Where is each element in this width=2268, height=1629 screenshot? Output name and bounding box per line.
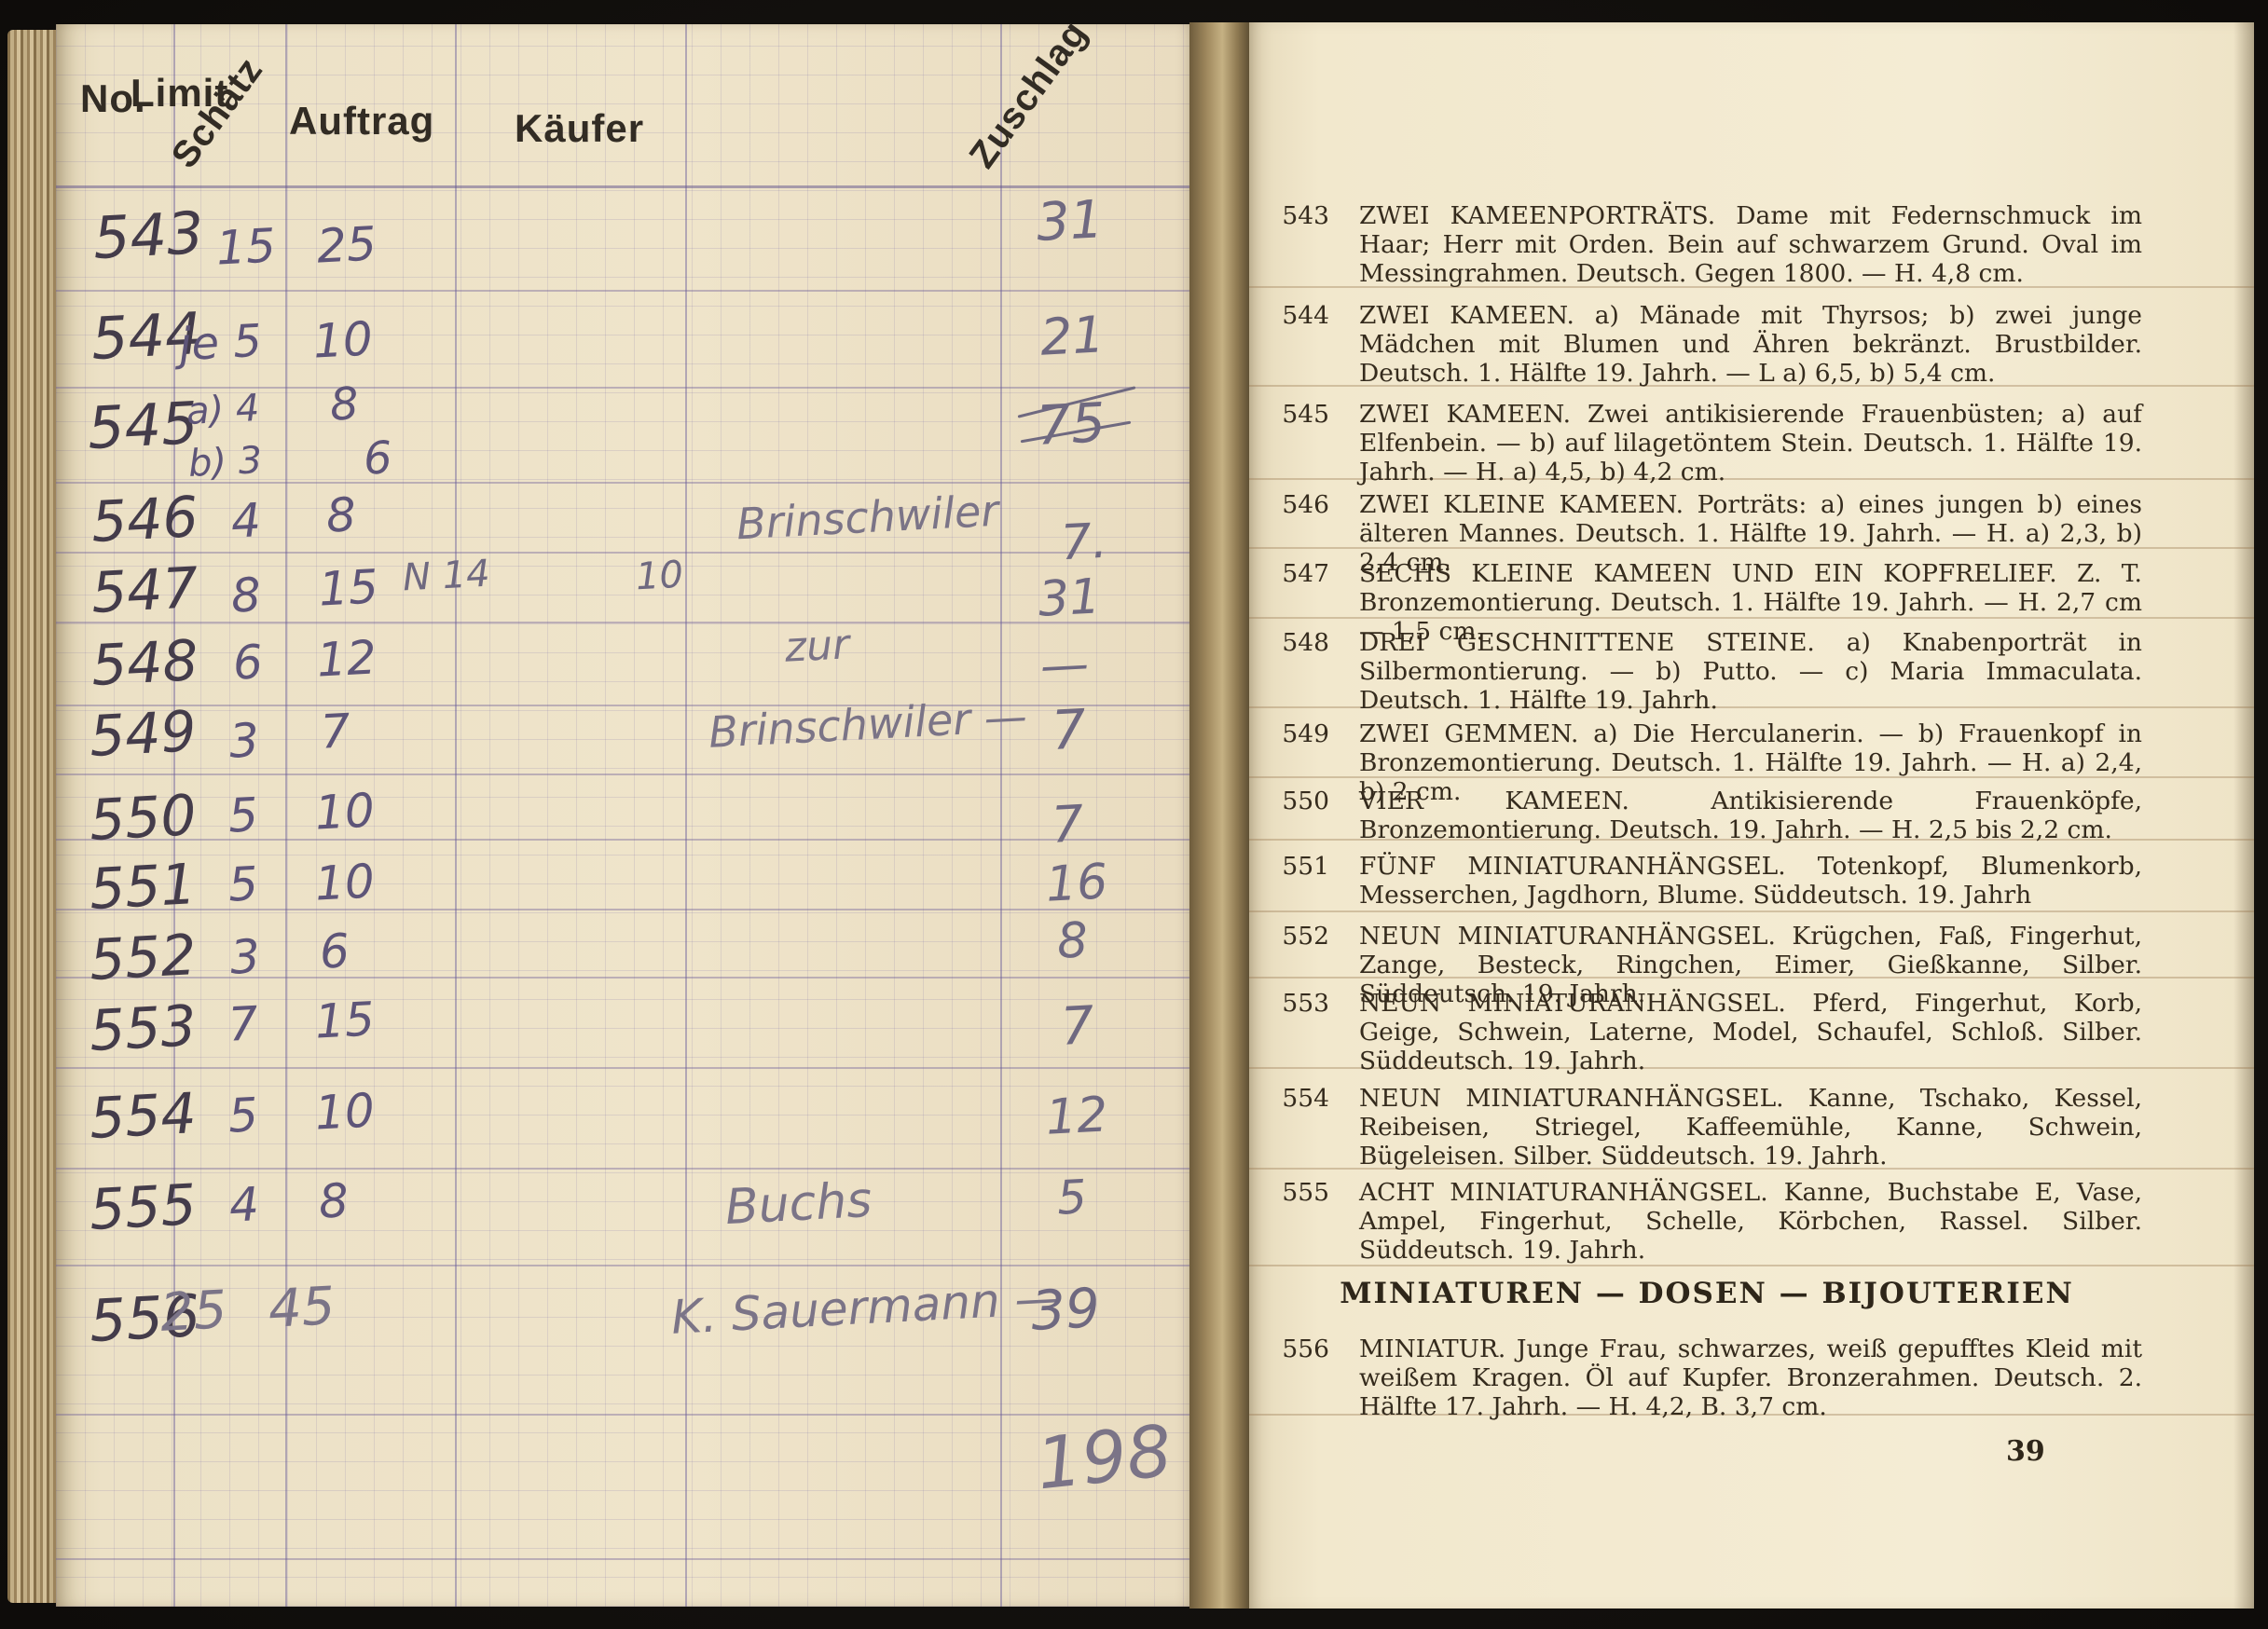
entry-number: 545 (1271, 400, 1329, 429)
cell-no: 543 (91, 204, 204, 267)
catalog-entry: 543 ZWEI KAMEENPORTRÄTS. Dame mit Federn… (1271, 201, 2142, 288)
cell-no: 545 (86, 394, 199, 458)
cell-zuschlag: 31 (1036, 194, 1105, 250)
page-edge-shadow (2234, 22, 2254, 1608)
cell-limit: 15 (215, 222, 277, 271)
cell-schaetz: 8 (325, 491, 357, 540)
cell-kaeufer: Brinschwiler — (708, 694, 1028, 754)
entry-text: ACHT MINIATURANHÄNGSEL. Kanne, Buchstabe… (1359, 1178, 2142, 1265)
book-scan: No. Limit Schätz Auftrag Käufer Zuschlag… (0, 0, 2268, 1629)
entry-text: NEUN MINIATURANHÄNGSEL. Pferd, Fingerhut… (1359, 989, 2142, 1075)
cell-limit: 7 (227, 1000, 259, 1048)
catalog-entry: 556 MINIATUR. Junge Frau, schwarzes, wei… (1271, 1335, 2142, 1421)
cell-zuschlag: 5 (1056, 1173, 1088, 1222)
cell-no: 553 (89, 998, 199, 1060)
cell-schaetz: 10 (314, 787, 376, 836)
cell-zuschlag: 31 (1038, 572, 1102, 623)
cell-zuschlag: 21 (1039, 309, 1106, 363)
cell-no: 554 (89, 1086, 199, 1147)
cell-kaeufer: Buchs (724, 1176, 873, 1232)
cell-zuschlag: 7. (1060, 517, 1108, 568)
cell-limit: 5 (227, 1091, 259, 1140)
cell-zuschlag: — (1039, 640, 1091, 691)
cell-limit-b: b) 3 (187, 442, 263, 483)
row-rule (56, 1558, 1189, 1560)
entry-text: ZWEI KAMEENPORTRÄTS. Dame mit Federnschm… (1359, 201, 2142, 288)
entry-text: ZWEI KAMEEN. Zwei antikisierende Frauenb… (1359, 400, 2142, 486)
row-rule (56, 1414, 1189, 1416)
row-rule (56, 1067, 1189, 1069)
book-gutter (1189, 22, 1249, 1608)
cell-zuschlag: 7 (1060, 1000, 1096, 1054)
cell-kaeufer: zur (784, 624, 850, 669)
cell-no: 546 (90, 489, 200, 551)
cell-limit: 4 (230, 497, 262, 545)
row-rule (56, 185, 1189, 188)
catalog-entry: 555 ACHT MINIATURANHÄNGSEL. Kanne, Buchs… (1271, 1178, 2142, 1265)
entry-number: 543 (1271, 201, 1329, 230)
cell-no: 555 (89, 1177, 199, 1239)
header-auftrag: Auftrag (289, 99, 434, 144)
header-zuschlag: Zuschlag (962, 13, 1096, 176)
cell-zuschlag: 7 (1051, 702, 1088, 758)
entry-rule (1249, 1265, 2254, 1266)
cell-schaetz: 7 (320, 707, 351, 756)
entry-number: 551 (1271, 852, 1329, 881)
cell-limit: 3 (229, 933, 261, 981)
cell-schaetz: 12 (316, 634, 378, 683)
column-line (685, 24, 687, 1607)
entry-number: 553 (1271, 989, 1329, 1018)
row-rule (56, 977, 1189, 979)
cell-limit: 5 (227, 791, 259, 840)
entry-text: NEUN MINIATURANHÄNGSEL. Kanne, Tschako, … (1359, 1084, 2142, 1170)
cell-zuschlag: 8 (1056, 916, 1090, 966)
cell-schaetz: 10 (312, 315, 374, 364)
catalog-entry: 554 NEUN MINIATURANHÄNGSEL. Kanne, Tscha… (1271, 1084, 2142, 1170)
cell-schaetz: 6 (319, 927, 351, 976)
cell-limit: 8 (230, 571, 262, 620)
catalog-entry: 550 VIER KAMEEN. Antikisierende Frauenkö… (1271, 787, 2142, 844)
entry-text: FÜNF MINIATURANHÄNGSEL. Totenkopf, Blume… (1359, 852, 2142, 910)
entry-number: 548 (1271, 628, 1329, 657)
catalog-entry: 545 ZWEI KAMEEN. Zwei antikisierende Fra… (1271, 400, 2142, 486)
cell-schaetz: 10 (314, 1087, 376, 1136)
cell-zuschlag: 7 (1051, 799, 1085, 851)
catalog-page: 543 ZWEI KAMEENPORTRÄTS. Dame mit Federn… (1249, 22, 2254, 1608)
section-heading: MINIATUREN — DOSEN — BIJOUTERIEN (1271, 1277, 2142, 1310)
cell-limit: 4 (228, 1181, 260, 1229)
catalog-entry: 551 FÜNF MINIATURANHÄNGSEL. Totenkopf, B… (1271, 852, 2142, 910)
entry-text: ZWEI KAMEEN. a) Mänade mit Thyrsos; b) z… (1359, 301, 2142, 388)
cell-schaetz: 15 (314, 995, 376, 1045)
catalog-entry: 553 NEUN MINIATURANHÄNGSEL. Pferd, Finge… (1271, 989, 2142, 1075)
row-rule (56, 909, 1189, 910)
cell-zuschlag: 39 (1030, 1280, 1102, 1338)
cell-zuschlag: 12 (1045, 1090, 1109, 1142)
row-rule (56, 1265, 1189, 1266)
entry-number: 554 (1271, 1084, 1329, 1113)
cell-limit: je 5 (178, 319, 263, 368)
column-line (455, 24, 457, 1607)
cell-schaetz: 25 (316, 220, 378, 269)
cell-no: 550 (89, 787, 199, 849)
row-rule (56, 773, 1189, 775)
entry-number: 552 (1271, 922, 1329, 951)
entry-number: 556 (1271, 1335, 1329, 1363)
page-stack-edges (7, 30, 62, 1603)
entry-number: 555 (1271, 1178, 1329, 1207)
cell-schaetz-b: 6 (363, 435, 393, 482)
cell-zuschlag: 16 (1045, 857, 1109, 909)
cell-schaetz: 8 (318, 1177, 350, 1225)
header-kaeufer: Käufer (515, 106, 644, 151)
ledger-page: No. Limit Schätz Auftrag Käufer Zuschlag… (56, 24, 1189, 1607)
page-number: 39 (2006, 1435, 2045, 1468)
cell-schaetz-a: 8 (329, 381, 360, 428)
entry-number: 549 (1271, 719, 1329, 748)
cell-schaetz: 45 (268, 1280, 337, 1336)
row-rule (56, 552, 1189, 554)
cell-schaetz: 10 (314, 857, 376, 907)
cell-auftrag-2: 10 (635, 556, 684, 596)
catalog-entry: 544 ZWEI KAMEEN. a) Mänade mit Thyrsos; … (1271, 301, 2142, 388)
entry-number: 550 (1271, 787, 1329, 815)
column-line (285, 24, 287, 1607)
row-rule (56, 839, 1189, 841)
cell-no: 548 (90, 633, 200, 694)
cell-limit: 5 (227, 860, 259, 909)
cell-limit: 25 (159, 1284, 228, 1340)
cell-auftrag: N 14 (402, 555, 491, 597)
cell-limit: 6 (232, 638, 264, 687)
zuschlag-total: 198 (1033, 1416, 1175, 1500)
cell-schaetz: 15 (318, 563, 379, 612)
cell-kaeufer: Brinschwiler (735, 489, 999, 546)
entry-rule (1249, 910, 2254, 912)
row-rule (56, 290, 1189, 292)
row-rule (56, 622, 1189, 623)
entry-text: MINIATUR. Junge Frau, schwarzes, weiß ge… (1359, 1335, 2142, 1421)
entry-number: 544 (1271, 301, 1329, 330)
cell-no: 552 (89, 927, 199, 989)
cell-kaeufer: K. Sauermann — (670, 1274, 1063, 1341)
column-line (1000, 24, 1002, 1607)
catalog-entry: 548 DREI GESCHNITTENE STEINE. a) Knabenp… (1271, 628, 2142, 715)
entry-text: VIER KAMEEN. Antikisierende Frauenköpfe,… (1359, 787, 2142, 844)
entry-text: DREI GESCHNITTENE STEINE. a) Knabenportr… (1359, 628, 2142, 715)
cell-limit-a: a) 4 (186, 390, 260, 431)
entry-number: 547 (1271, 559, 1329, 588)
cell-no: 547 (90, 560, 200, 622)
row-rule (56, 1168, 1189, 1170)
cell-no: 549 (89, 704, 199, 765)
cell-limit: 3 (228, 717, 260, 765)
cell-no: 551 (89, 856, 199, 918)
entry-number: 546 (1271, 490, 1329, 519)
